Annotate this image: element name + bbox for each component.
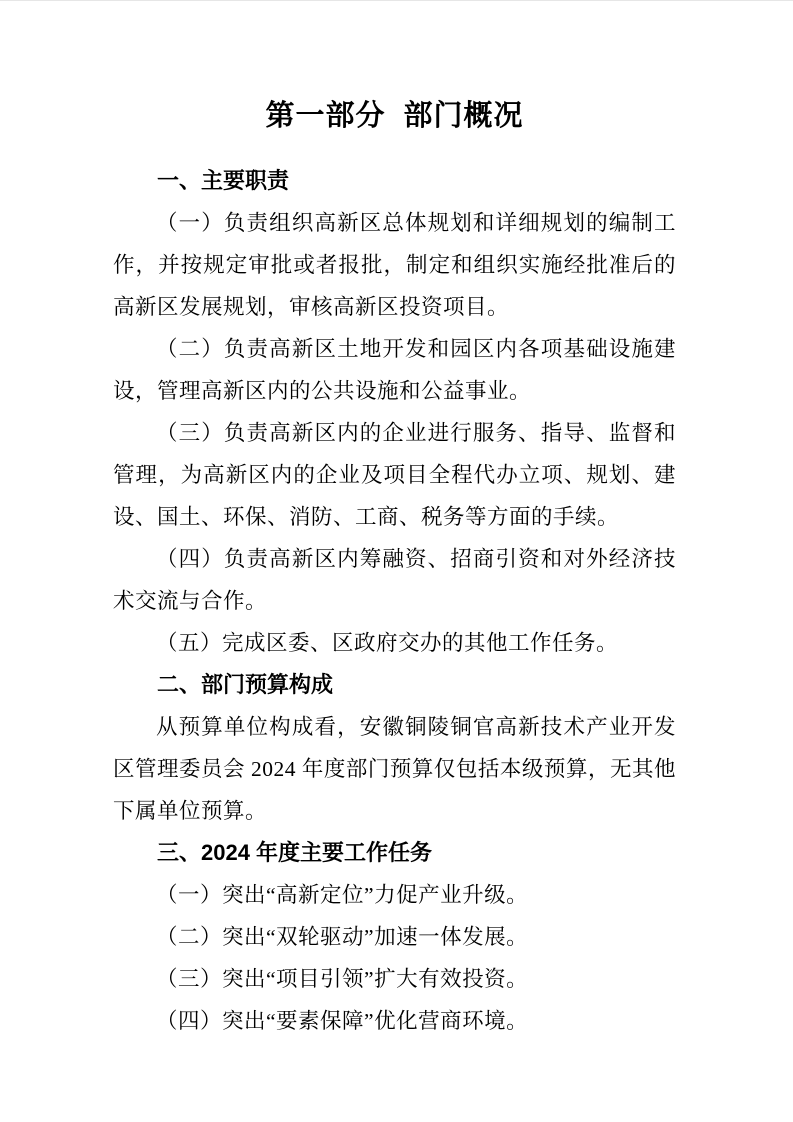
paragraph: （四）突出“要素保障”优化营商环境。 [113,1000,676,1042]
section-heading: 一、主要职责 [113,160,676,202]
paragraph: （三）负责高新区内的企业进行服务、指导、监督和管理，为高新区内的企业及项目全程代… [113,412,676,538]
paragraph: （五）完成区委、区政府交办的其他工作任务。 [113,622,676,664]
paragraph: （一）负责组织高新区总体规划和详细规划的编制工作，并按规定审批或者报批，制定和组… [113,202,676,328]
paragraph: （一）突出“高新定位”力促产业升级。 [113,874,676,916]
section-heading: 二、部门预算构成 [113,664,676,706]
document-title: 第一部分 部门概况 [113,98,676,134]
section-heading: 三、2024 年度主要工作任务 [113,832,676,874]
section-main-duties: 一、主要职责 （一）负责组织高新区总体规划和详细规划的编制工作，并按规定审批或者… [113,160,676,664]
paragraph: 从预算单位构成看，安徽铜陵铜官高新技术产业开发区管理委员会 2024 年度部门预… [113,706,676,832]
paragraph: （二）突出“双轮驱动”加速一体发展。 [113,916,676,958]
section-budget-composition: 二、部门预算构成 从预算单位构成看，安徽铜陵铜官高新技术产业开发区管理委员会 2… [113,664,676,832]
section-work-tasks: 三、2024 年度主要工作任务 （一）突出“高新定位”力促产业升级。 （二）突出… [113,832,676,1042]
document-page: 第一部分 部门概况 一、主要职责 （一）负责组织高新区总体规划和详细规划的编制工… [0,0,793,1122]
paragraph: （二）负责高新区土地开发和园区内各项基础设施建设，管理高新区内的公共设施和公益事… [113,328,676,412]
paragraph: （四）负责高新区内筹融资、招商引资和对外经济技术交流与合作。 [113,538,676,622]
paragraph: （三）突出“项目引领”扩大有效投资。 [113,958,676,1000]
